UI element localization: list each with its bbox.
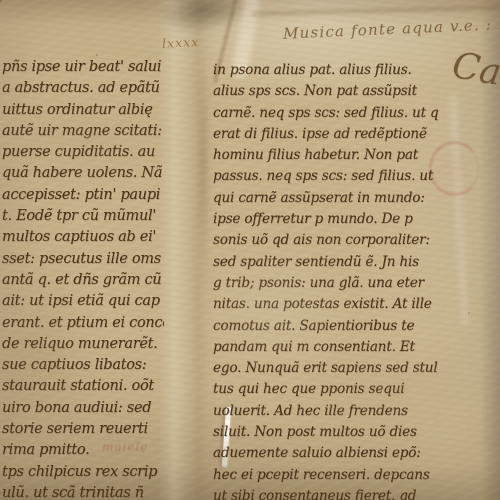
text-line: de reliquo munerarẽt. xyxy=(2,334,164,355)
text-line: ait: ut ipsi etiã qui cap xyxy=(2,291,164,312)
text-line: accepisset: ptin' paupi xyxy=(2,185,164,206)
text-line: sset: psecutus ille oms xyxy=(2,249,164,270)
text-line: erant. et ptium ei conce xyxy=(2,313,164,334)
text-line: erat di filius. ipse ad redẽptionẽ xyxy=(213,124,471,145)
text-line: ut sibi consentaneus fieret. qd xyxy=(213,486,471,500)
text-line: in psona alius pat. alius filius. xyxy=(213,60,471,81)
text-line: staurauit stationi. oõt xyxy=(2,376,164,397)
text-line: ulũ. ut scã trinitas ñ xyxy=(2,483,164,500)
text-line: antã q. et dñs grãm cũ xyxy=(2,270,164,291)
text-line: qui carnẽ assũpserat in mundo: xyxy=(213,188,471,209)
top-horizontal-crease xyxy=(252,5,500,17)
text-line: rima pmitto. xyxy=(2,440,164,461)
ink-smudge xyxy=(155,0,252,38)
text-line: siluit. Non post multos uõ dies xyxy=(213,422,471,443)
text-line: alius sps scs. Non pat assũpsit xyxy=(213,81,471,102)
text-line: ipse offerretur p mundo. De p xyxy=(213,209,471,230)
ink-specks xyxy=(0,0,2,2)
text-line: tps chilpicus rex scrip xyxy=(2,462,164,483)
text-line: tus qui hec que pponis sequi xyxy=(213,379,471,400)
text-line: pñs ipse uir beat' salui xyxy=(2,57,164,78)
text-line: ego. Nunquã erit sapiens sed stul xyxy=(213,358,471,379)
text-line: aduemente saluio albiensi epõ: xyxy=(213,443,471,464)
right-text-column: in psona alius pat. alius filius.alius s… xyxy=(213,60,471,500)
left-text-column: pñs ipse uir beat' saluia abstractus. ad… xyxy=(2,57,164,500)
gutter-fold-crease xyxy=(158,0,216,500)
text-line: carnẽ. neq sps scs: sed filius. ut q xyxy=(213,103,471,124)
text-line: hominu filius habetur. Non pat xyxy=(213,145,471,166)
text-line: hec ei pcepit recenseri. depcans xyxy=(213,465,471,486)
text-line: comotus ait. Sapientioribus te xyxy=(213,316,471,337)
text-line: quã habere uolens. Nã xyxy=(2,163,164,184)
text-line: g trib; psonis: una glã. una eter xyxy=(213,273,471,294)
manuscript-photo: Musica fonte aqua v.e. : . lxxxx Cam mai… xyxy=(0,0,500,500)
text-line: sed spaliter sentiendũ ẽ. Jn his xyxy=(213,252,471,273)
text-line: uiro bona audiui: sed xyxy=(2,398,164,419)
text-line: nitas. una potestas existit. At ille xyxy=(213,294,471,315)
text-line: pandam qui m consentiant. Et xyxy=(213,337,471,358)
text-line: uoluerit. Ad hec ille frendens xyxy=(213,401,471,422)
text-line: sonis uõ qd ais non corporaliter: xyxy=(213,230,471,251)
gutter-shadow-streak xyxy=(197,58,210,268)
text-line: storie seriem reuerti xyxy=(2,419,164,440)
header-cursive-annotation: Musica fonte aqua v.e. : . xyxy=(283,15,500,43)
text-line: multos captiuos ab ei' xyxy=(2,227,164,248)
text-line: sue captiuos libatos: xyxy=(2,355,164,376)
text-line: uittus ordinatur albię xyxy=(2,100,164,121)
text-line: passus. neq sps scs: sed filius. ut xyxy=(213,166,471,187)
text-line: autẽ uir magne scitati: xyxy=(2,121,164,142)
folio-number: lxxxx xyxy=(162,34,200,51)
text-line: a abstractus. ad epãtũ xyxy=(2,78,164,99)
text-line: t. Eodẽ tpr cũ mũmul' xyxy=(2,206,164,227)
text-line: puerse cupiditatis. au xyxy=(2,142,164,163)
